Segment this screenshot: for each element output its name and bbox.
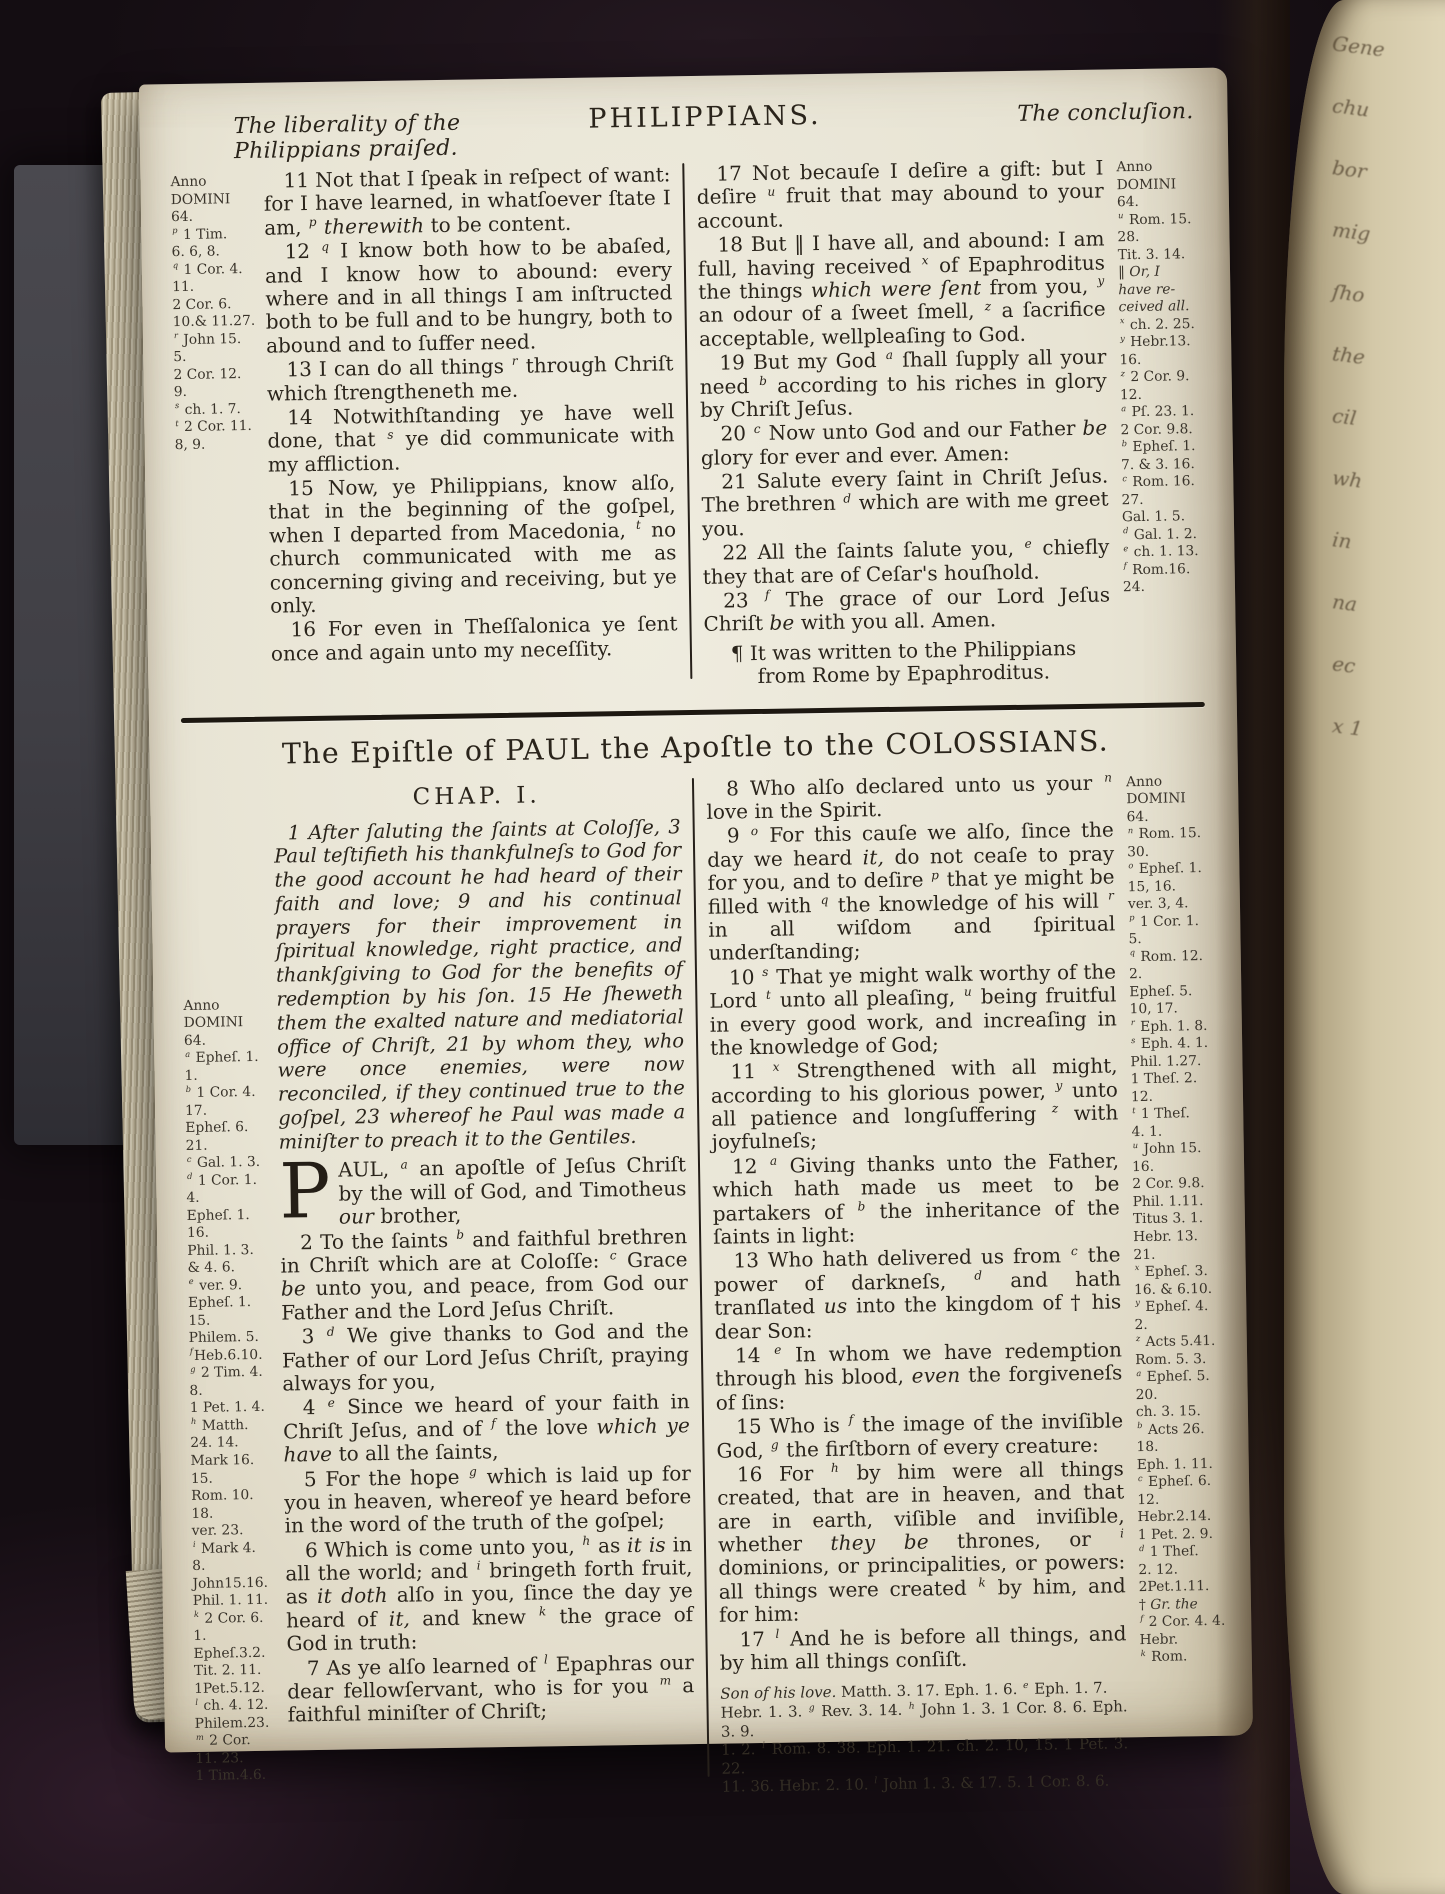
- margin-note: fHeb.6.10.: [189, 1347, 271, 1366]
- margin-note: t 1 Theſ.: [1131, 1105, 1217, 1124]
- text-fragment: ſho: [1331, 279, 1445, 317]
- margin-note: Phil. 1. 11.: [193, 1592, 275, 1611]
- margin-note: c Epheſ. 6.: [1137, 1473, 1223, 1492]
- margin-note: p 1 Cor. 1.: [1128, 913, 1214, 932]
- margin-note: Anno: [183, 996, 265, 1015]
- verse: 23 f The grace of our Lord Jeſus Chriſt …: [703, 583, 1111, 636]
- colossians-right-verses: 8 Who alſo declared unto us your n love …: [706, 771, 1127, 1675]
- verse: 4 e Since we heard of your faith in Chri…: [283, 1391, 691, 1468]
- bible-page: The liberality of the Philippians praiſe…: [139, 68, 1253, 1753]
- margin-note: Phil. 1.11.: [1133, 1193, 1219, 1212]
- margin-note: 10, 17.: [1129, 1000, 1215, 1019]
- margin-note: i Mark 4.: [192, 1539, 274, 1558]
- colossians-left-margin-notes: AnnoDOMINI64.a Epheſ. 1.1.b 1 Cor. 4.17.…: [180, 784, 278, 1785]
- verse: 3 d We give thanks to God and the Father…: [281, 1319, 689, 1396]
- chapter-argument: 1 After ſaluting the ſaints at Coloſſe, …: [274, 815, 686, 1154]
- margin-note: Tit. 3. 14.: [1118, 246, 1204, 265]
- margin-note: 1 Tim.4.6.: [195, 1767, 277, 1786]
- margin-note: ver. 3, 4.: [1128, 895, 1214, 914]
- text-fragment: wh: [1331, 465, 1445, 503]
- margin-note: 8, 9.: [175, 436, 257, 455]
- margin-note: Epheſ.3.2.: [193, 1644, 275, 1663]
- margin-note: 10.& 11.27.: [173, 313, 255, 332]
- verse: 17 l And he is before all things, and by…: [719, 1622, 1127, 1675]
- book-gutter-shadow: [1216, 0, 1290, 1894]
- margin-note: 9.: [174, 383, 256, 402]
- margin-note: 28.: [1117, 228, 1203, 247]
- margin-note: Titus 3. 1.: [1133, 1210, 1219, 1229]
- text-fragment: na: [1331, 589, 1445, 627]
- margin-note: DOMINI: [1117, 175, 1203, 194]
- margin-note: Anno: [1116, 158, 1202, 177]
- margin-note: ‖ Or, I: [1118, 263, 1204, 282]
- margin-note: Hebr.: [1139, 1631, 1225, 1650]
- text-fragment: x 1: [1331, 713, 1445, 751]
- margin-note: 12.: [1120, 386, 1206, 405]
- margin-note: 1 Pet. 2. 9.: [1138, 1526, 1224, 1545]
- margin-note: m 2 Cor.: [195, 1732, 277, 1751]
- margin-note: a Pſ. 23. 1.: [1120, 403, 1206, 422]
- margin-note: 18.: [1136, 1438, 1222, 1457]
- margin-note: have re-: [1118, 281, 1204, 300]
- margin-note: x Epheſ. 3.: [1134, 1263, 1220, 1282]
- margin-note: Gal. 1. 5.: [1122, 508, 1208, 527]
- margin-note: Phil. 1. 3.: [187, 1242, 269, 1261]
- margin-note: 7. & 3. 16.: [1121, 456, 1207, 475]
- verse: 12 q I know both how to be abaſed, and I…: [264, 234, 673, 357]
- running-head-book-title: PHILIPPIANS.: [574, 100, 836, 135]
- margin-note: Epheſ. 5.: [1129, 983, 1215, 1002]
- footnote-line: 1. 2. i Rom. 8. 38. Eph. 1. 21. ch. 2. 1…: [721, 1735, 1129, 1779]
- verse: 13 I can do all things r through Chriſt …: [266, 352, 674, 405]
- margin-note: 30.: [1127, 843, 1213, 862]
- philippians-left-column: 11 Not that I ſpeak in reſpect of want: …: [263, 163, 678, 667]
- verse-text: AUL, a an apoſtle of Jeſus Chriſt by the…: [338, 1153, 687, 1229]
- margin-note: r John 15.: [173, 330, 255, 349]
- margin-note: e ver. 9.: [188, 1277, 270, 1296]
- colossians-section: AnnoDOMINI64.a Epheſ. 1.1.b 1 Cor. 4.17.…: [180, 769, 1228, 1804]
- verse: 20 c Now unto God and our Father be glor…: [700, 417, 1108, 470]
- margin-note: k 2 Cor. 6.: [193, 1609, 275, 1628]
- margin-note: 21.: [186, 1136, 268, 1155]
- margin-note: 4. 1.: [1131, 1123, 1217, 1142]
- margin-note: s Eph. 4. 1.: [1130, 1035, 1216, 1054]
- verse: 2 To the ſaints b and faithful brethren …: [280, 1225, 688, 1325]
- margin-note: 1.: [193, 1627, 275, 1646]
- verse: 11 Not that I ſpeak in reſpect of want: …: [263, 163, 671, 240]
- verse: 7 As ye alſo learned of l Epaphras our d…: [287, 1651, 695, 1728]
- margin-note: d Gal. 1. 2.: [1122, 526, 1208, 545]
- margin-note: 6. 6, 8.: [171, 243, 253, 262]
- text-fragment: cil: [1331, 403, 1445, 441]
- margin-note: Rom. 5. 3.: [1135, 1350, 1221, 1369]
- margin-note: Hebr. 13.: [1133, 1228, 1219, 1247]
- colossians-left-verses: 2 To the ſaints b and faithful brethren …: [280, 1225, 695, 1728]
- margin-note: Hebr.2.14.: [1137, 1508, 1223, 1527]
- margin-note: 64.: [1117, 193, 1203, 212]
- margin-note: t 2 Cor. 11.: [174, 418, 256, 437]
- margin-note: 2 Cor. 6.: [172, 295, 254, 314]
- margin-note: Eph. 1. 11.: [1137, 1455, 1223, 1474]
- margin-note: r Eph. 1. 8.: [1130, 1018, 1216, 1037]
- margin-note: 24.: [1123, 578, 1209, 597]
- margin-note: 5.: [173, 348, 255, 367]
- margin-note: c Gal. 1. 3.: [186, 1154, 268, 1173]
- margin-note: f 2 Cor. 4. 4.: [1139, 1613, 1225, 1632]
- margin-note: 15.: [188, 1312, 270, 1331]
- text-fragment: mig: [1331, 217, 1445, 255]
- philippians-left-margin-notes: AnnoDOMINI64.p 1 Tim.6. 6, 8.q 1 Cor. 4.…: [170, 170, 256, 455]
- verse: 8 Who alſo declared unto us your n love …: [706, 771, 1114, 824]
- verse: 11 x Strengthened with all might, accord…: [710, 1055, 1118, 1155]
- margin-note: 8.: [192, 1557, 274, 1576]
- margin-note: 24. 14.: [190, 1434, 272, 1453]
- margin-note: u John 15.: [1132, 1140, 1218, 1159]
- running-head-right: The concluſion.: [835, 99, 1193, 130]
- text-fragment: Gene: [1331, 31, 1445, 69]
- footnote-block: Son of his love. Matth. 3. 17. Eph. 1. 6…: [720, 1679, 1129, 1797]
- margin-note: DOMINI: [1126, 790, 1212, 809]
- margin-note: 5.: [1128, 930, 1214, 949]
- margin-note: k Rom.: [1140, 1648, 1226, 1667]
- verse: 19 But my God a ſhall ſupply all your ne…: [699, 346, 1107, 423]
- margin-note: ver. 23.: [192, 1522, 274, 1541]
- margin-note: Philem. 5.: [189, 1329, 271, 1348]
- margin-note: 11.: [172, 278, 254, 297]
- margin-note: Rom. 10.: [191, 1487, 273, 1506]
- verse: 13 Who hath delivered us from c the powe…: [713, 1244, 1121, 1344]
- margin-note: 20.: [1136, 1385, 1222, 1404]
- margin-note: z 2 Cor. 9.: [1120, 368, 1206, 387]
- verse: 12 a Giving thanks unto the Father, whic…: [712, 1149, 1120, 1249]
- margin-note: 18.: [191, 1504, 273, 1523]
- margin-note: 64.: [171, 208, 253, 227]
- margin-note: p 1 Tim.: [171, 225, 253, 244]
- verse: 5 For the hope g which is laid up for yo…: [284, 1462, 692, 1539]
- facing-page-edge: Genechubormigſhothecilwhinnaecx 1: [1284, 0, 1445, 1894]
- margin-note: h Matth.: [190, 1417, 272, 1436]
- margin-note: y Epheſ. 4.: [1134, 1298, 1220, 1317]
- margin-note: 2 Cor. 12.: [173, 366, 255, 385]
- margin-note: † Gr. the: [1139, 1596, 1225, 1615]
- margin-note: 2.: [1134, 1315, 1220, 1334]
- margin-note: d 1 Theſ.: [1138, 1543, 1224, 1562]
- philippians-colophon: ¶ It was written to the Philippians from…: [714, 637, 1094, 690]
- margin-note: Phil. 1.27.: [1130, 1053, 1216, 1072]
- margin-note: Anno: [170, 173, 252, 192]
- margin-note: 64.: [1126, 808, 1212, 827]
- margin-note: 16.: [1132, 1158, 1218, 1177]
- philippians-right-verses: 17 Not becauſe I deſire a gift: but I de…: [696, 157, 1110, 637]
- colossians-left-column: CHAP. I. 1 After ſaluting the ſaints at …: [273, 778, 695, 1728]
- margin-note: 8.: [189, 1382, 271, 1401]
- colossians-epistle-title: The Epiſtle of PAUL the Apoſtle to the C…: [179, 722, 1211, 771]
- margin-note: 16. & 6.10.: [1134, 1280, 1220, 1299]
- verse: 21 Salute every ſaint in Chriſt Jeſus. T…: [701, 465, 1109, 542]
- margin-note: a Epheſ. 5.: [1135, 1368, 1221, 1387]
- margin-note: u Rom. 15.: [1117, 210, 1203, 229]
- margin-note: 1Pet.5.12.: [194, 1679, 276, 1698]
- colossians-right-margin-notes: AnnoDOMINI64.n Rom. 15.30.o Epheſ. 1.15,…: [1124, 769, 1226, 1667]
- margin-note: 2Pet.1.11.: [1139, 1578, 1225, 1597]
- margin-note: 2 Cor. 9.8.: [1132, 1175, 1218, 1194]
- column-divider-rule: [682, 163, 693, 679]
- margin-note: DOMINI: [171, 190, 253, 209]
- philippians-right-column: 17 Not becauſe I deſire a gift: but I de…: [696, 157, 1111, 690]
- margin-note: DOMINI: [184, 1014, 266, 1033]
- margin-note: z Acts 5.41.: [1135, 1333, 1221, 1352]
- verse: 18 But ‖ I have all, and abound: I am fu…: [697, 228, 1106, 351]
- margin-note: 2 Cor. 9.8.: [1120, 421, 1206, 440]
- margin-note: Anno: [1126, 772, 1212, 791]
- margin-note: 16.: [187, 1224, 269, 1243]
- margin-note: 2.: [1129, 965, 1215, 984]
- verse: PAUL, a an apoſtle of Jeſus Chriſt by th…: [279, 1154, 687, 1231]
- margin-note: d 1 Cor. 1.: [186, 1172, 268, 1191]
- margin-note: a Epheſ. 1.: [184, 1049, 266, 1068]
- verse: 15 Now, ye Philippians, know alſo, that …: [268, 471, 677, 618]
- text-fragment: the: [1331, 341, 1445, 379]
- philippians-section: AnnoDOMINI64.p 1 Tim.6. 6, 8.q 1 Cor. 4.…: [170, 155, 1210, 698]
- margin-note: q Rom. 12.: [1129, 948, 1215, 967]
- photo-scene: The liberality of the Philippians praiſe…: [0, 0, 1445, 1894]
- verse: 14 Notwithſtanding ye have well done, th…: [267, 400, 675, 477]
- margin-note: Tit. 2. 11.: [194, 1662, 276, 1681]
- margin-note: b Epheſ. 1.: [1121, 438, 1207, 457]
- margin-note: e ch. 1. 13.: [1122, 543, 1208, 562]
- text-fragment: in: [1331, 527, 1445, 565]
- margin-note: 1 Pet. 1. 4.: [190, 1399, 272, 1418]
- margin-note: Epheſ. 1.: [188, 1294, 270, 1313]
- column-divider-rule: [692, 778, 710, 1777]
- margin-note: 15, 16.: [1128, 878, 1214, 897]
- margin-note: John15.16.: [192, 1574, 274, 1593]
- margin-note: 27.: [1121, 491, 1207, 510]
- margin-note: s ch. 1. 7.: [174, 401, 256, 420]
- margin-note: 11. 23.: [195, 1749, 277, 1768]
- verse: 17 Not becauſe I deſire a gift: but I de…: [696, 157, 1104, 234]
- margin-note: 2. 12.: [1138, 1561, 1224, 1580]
- margin-note: x ch. 2. 25.: [1119, 316, 1205, 335]
- margin-note: Mark 16.: [190, 1452, 272, 1471]
- margin-note: 4.: [186, 1189, 268, 1208]
- verse: 14 e In whom we have redemption through …: [715, 1338, 1123, 1415]
- verse: 15 Who is f the image of the inviſible G…: [716, 1409, 1124, 1462]
- drop-cap-initial: P: [279, 1159, 339, 1220]
- margin-note: Philem.23.: [195, 1714, 277, 1733]
- margin-note: g 2 Tim. 4.: [189, 1364, 271, 1383]
- margin-note: Epheſ. 1.: [187, 1207, 269, 1226]
- verse: 16 For even in Theſſalonica ye ſent once…: [270, 613, 678, 666]
- margin-note: o Epheſ. 1.: [1127, 860, 1213, 879]
- margin-note: 12.: [1131, 1088, 1217, 1107]
- margin-note: 15.: [191, 1469, 273, 1488]
- text-fragment: ec: [1331, 651, 1445, 689]
- margin-note: & 4. 6.: [187, 1259, 269, 1278]
- margin-note: 1.: [184, 1066, 266, 1085]
- margin-note: 12.: [1137, 1491, 1223, 1510]
- text-fragment: bor: [1331, 155, 1445, 193]
- margin-note: l ch. 4. 12.: [194, 1697, 276, 1716]
- verse: 10 s That ye might walk worthy of the Lo…: [709, 960, 1117, 1060]
- margin-note: ch. 3. 15.: [1136, 1403, 1222, 1422]
- margin-note: y Hebr.13.: [1119, 333, 1205, 352]
- margin-note: 16.: [1119, 351, 1205, 370]
- margin-note: c Rom. 16.: [1121, 473, 1207, 492]
- text-fragment: chu: [1331, 93, 1445, 131]
- colossians-right-column: 8 Who alſo declared unto us your n love …: [706, 771, 1129, 1797]
- margin-note: Epheſ. 6.: [185, 1119, 267, 1138]
- margin-note: f Rom.16.: [1123, 561, 1209, 580]
- verse: 6 Which is come unto you, h as it is in …: [285, 1533, 694, 1656]
- margin-note: n Rom. 15.: [1127, 825, 1213, 844]
- margin-note: q 1 Cor. 4.: [172, 260, 254, 279]
- margin-note: b 1 Cor. 4.: [185, 1084, 267, 1103]
- margin-note: 64.: [184, 1031, 266, 1050]
- margin-note: ceived all.: [1118, 298, 1204, 317]
- footnote-line: Hebr. 1. 3. g Rev. 3. 14. h John 1. 3. 1…: [720, 1697, 1128, 1741]
- verse: 9 o For this cauſe we alſo, ſince the da…: [707, 819, 1116, 966]
- margin-note: 17.: [185, 1101, 267, 1120]
- margin-note: b Acts 26.: [1136, 1420, 1222, 1439]
- verse: 22 All the ſaints ſalute you, e chiefly …: [702, 536, 1110, 589]
- philippians-right-margin-notes: AnnoDOMINI64.u Rom. 15.28.Tit. 3. 14.‖ O…: [1114, 155, 1209, 597]
- margin-note: 21.: [1133, 1245, 1219, 1264]
- running-head-left: The liberality of the Philippians praiſe…: [233, 109, 575, 164]
- verse: 16 For h by him were all things created,…: [717, 1457, 1127, 1627]
- section-divider-rule: [181, 702, 1205, 723]
- chapter-heading: CHAP. I.: [273, 780, 680, 813]
- margin-note: 1 Theſ. 2.: [1131, 1070, 1217, 1089]
